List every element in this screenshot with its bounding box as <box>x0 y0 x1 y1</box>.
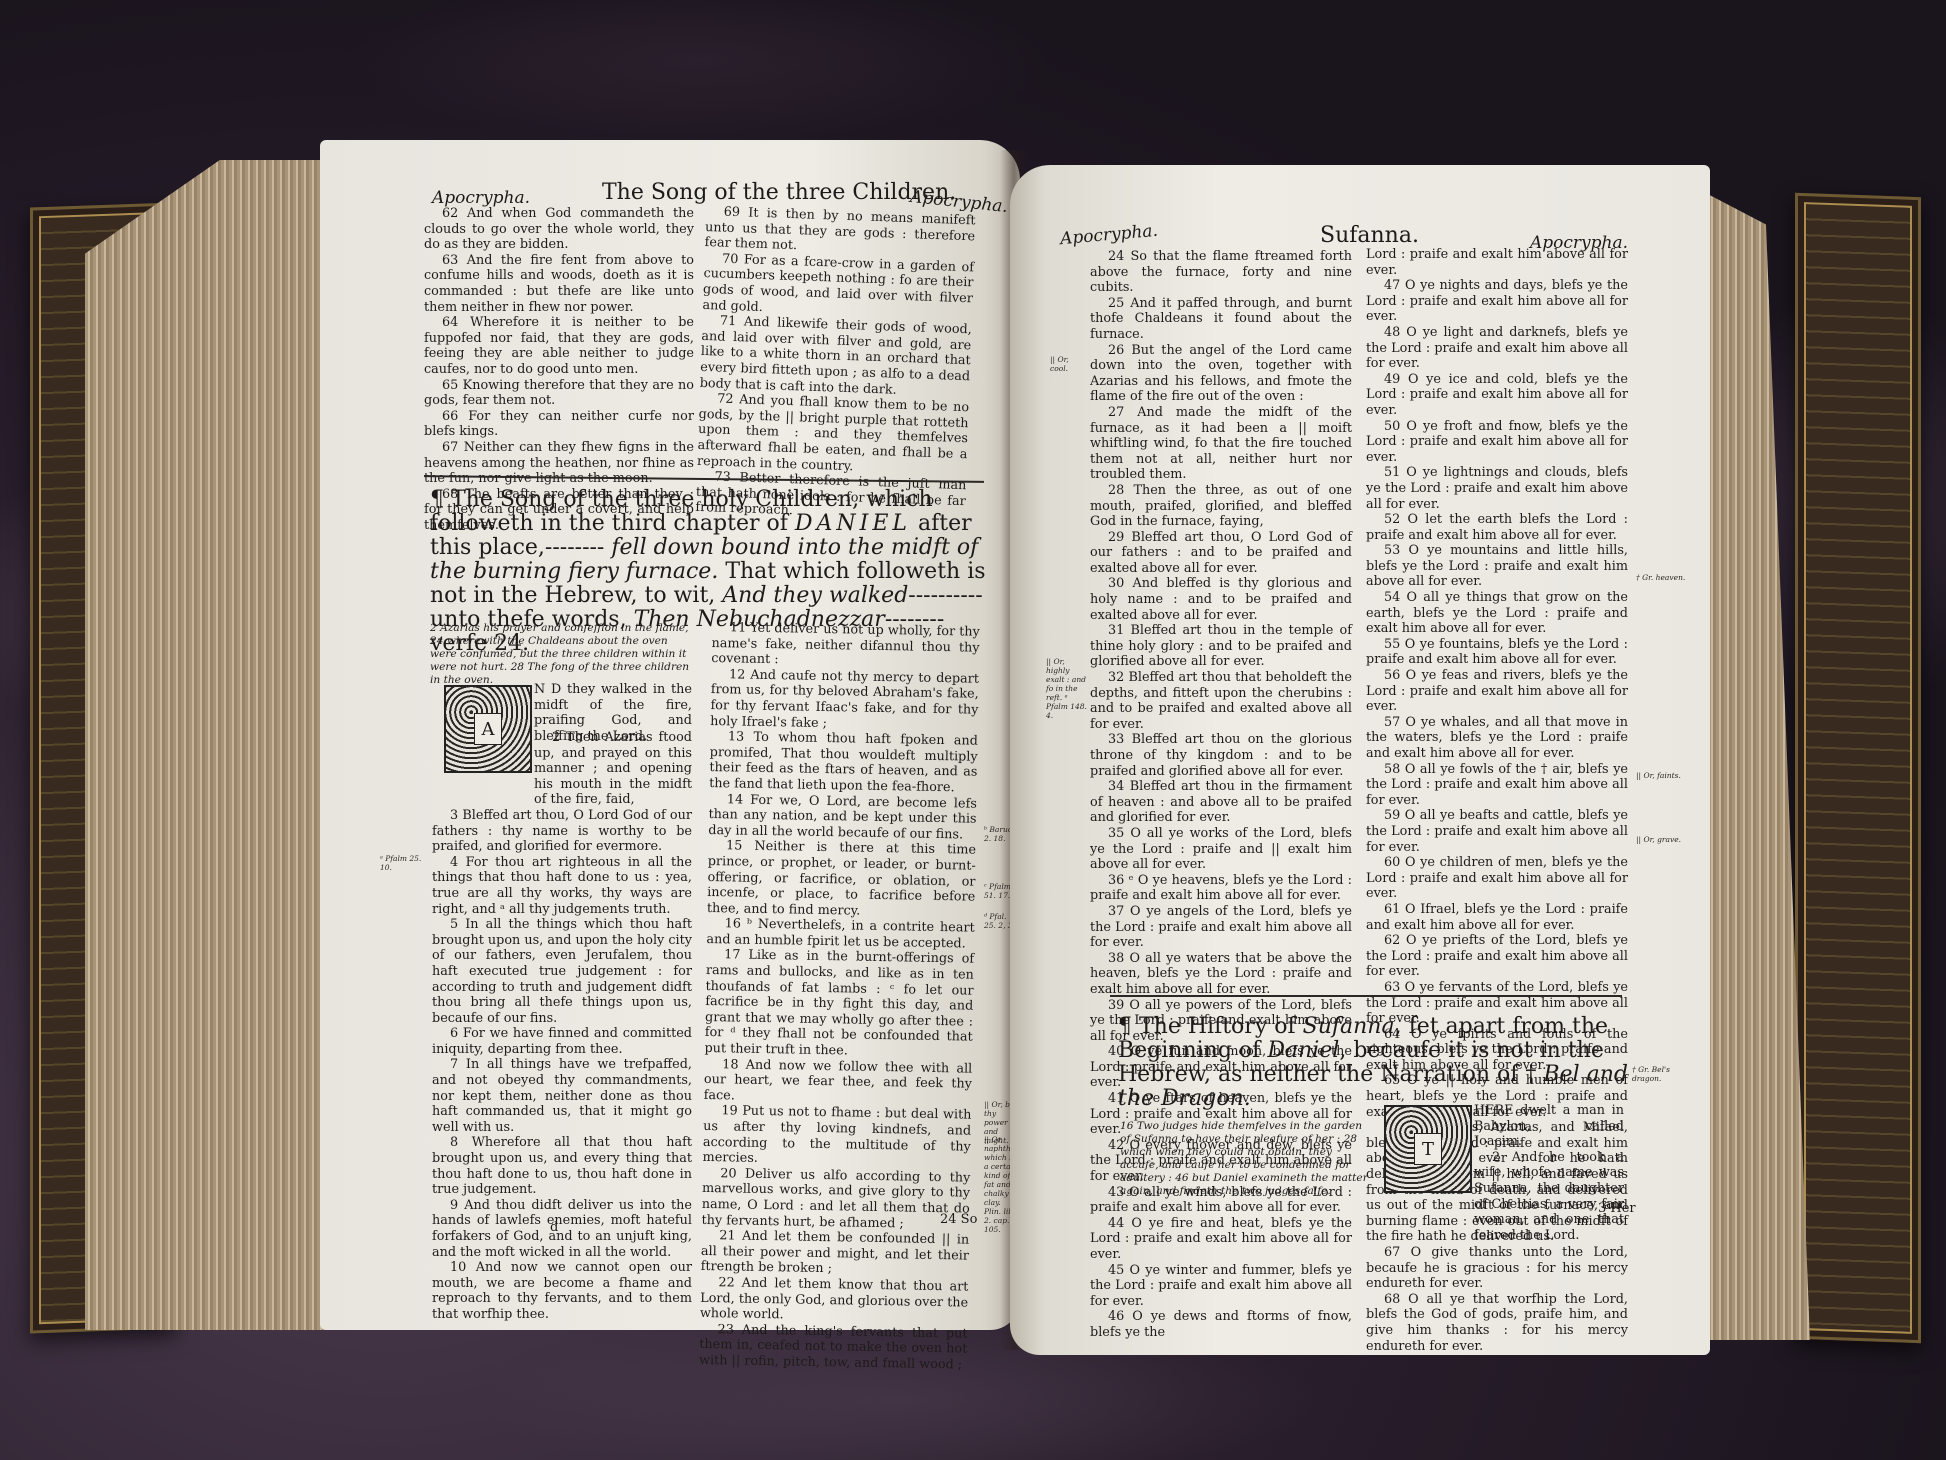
verse: 72 And you fhall know them to be no gods… <box>697 391 970 478</box>
verse: 38 O all ye waters that be above the hea… <box>1090 951 1352 998</box>
verse: 61 O Ifrael, blefs ye the Lord : praife … <box>1366 902 1628 933</box>
running-head-left: Apocrypha. <box>1059 221 1158 249</box>
bottom-column-2: 11 Yet deliver us not up wholly, for thy… <box>699 620 980 1373</box>
verse: 25 And it paffed through, and burnt thof… <box>1090 296 1352 343</box>
verse: 26 But the angel of the Lord came down i… <box>1090 343 1352 405</box>
margin-note: || Or, grave. <box>1636 835 1686 844</box>
verse: 20 Deliver us alfo according to thy marv… <box>701 1166 970 1233</box>
margin-note: || Or, cool. <box>1050 355 1086 373</box>
heading-italic: Daniel <box>1267 1038 1339 1063</box>
initial-letter: T <box>1414 1133 1442 1165</box>
verse: 2 And he took a wife, whofe name was Suf… <box>1474 1150 1624 1244</box>
verse: 3 Bleffed art thou, O Lord God of our fa… <box>432 808 692 855</box>
verse: 11 Yet deliver us not up wholly, for thy… <box>711 620 980 671</box>
margin-note: † Gr. Bel's dragon. <box>1632 1065 1682 1083</box>
verse: 18 And now we follow thee with all our h… <box>704 1057 973 1108</box>
catchword: 24 So <box>940 1212 977 1227</box>
verse: 12 And caufe not thy mercy to depart fro… <box>710 667 979 734</box>
verse: 66 For they can neither curfe nor blefs … <box>424 409 694 440</box>
verse: 65 Knowing therefore that they are no go… <box>424 378 694 409</box>
verse: 28 Then the three, as out of one mouth, … <box>1090 483 1352 530</box>
verse: 30 And bleffed is thy glorious and holy … <box>1090 576 1352 623</box>
verse: 46 O ye dews and ftorms of fnow, blefs y… <box>1090 1309 1352 1340</box>
verse: 64 Wherefore it is neither to be fuppofe… <box>424 315 694 377</box>
verse: 24 So that the flame ftreamed forth abov… <box>1090 249 1352 296</box>
signature-mark: d <box>550 1220 558 1235</box>
verse: 7 In all things have we trefpaffed, and … <box>432 1057 692 1135</box>
verse: 44 O ye fire and heat, blefs ye the Lord… <box>1090 1216 1352 1263</box>
heading-italic: Sufanna <box>1303 1014 1395 1039</box>
top-column-2: 69 It is then by no means manifeft unto … <box>695 204 976 525</box>
verse: 47 O ye nights and days, blefs ye the Lo… <box>1366 278 1628 325</box>
verse: 49 O ye ice and cold, blefs ye the Lord … <box>1366 372 1628 419</box>
section-rule <box>1110 995 1622 997</box>
verse: 57 O ye whales, and all that move in the… <box>1366 715 1628 762</box>
margin-note: || Or, highly exalt : and fo in the reft… <box>1046 657 1088 720</box>
verse: 62 And when God commandeth the clouds to… <box>424 206 694 253</box>
verse: 9 And thou didft deliver us into the han… <box>432 1198 692 1260</box>
verse: 45 O ye winter and fummer, blefs ye the … <box>1090 1263 1352 1310</box>
margin-note: || Or, faints. <box>1636 771 1686 780</box>
chapter-summary: 16 Two judges hide themfelves in the gar… <box>1120 1120 1370 1198</box>
decorative-initial: T <box>1384 1105 1472 1193</box>
verse: 2 Then Azarias ftood up, and prayed on t… <box>534 730 692 808</box>
gilt-border <box>1804 202 1912 1334</box>
margin-note: † Gr. heaven. <box>1636 573 1686 582</box>
verse: 22 And let them know that thou art Lord,… <box>700 1275 969 1326</box>
top-column-1: 62 And when God commandeth the clouds to… <box>424 206 694 533</box>
verse: 35 O all ye works of the Lord, blefs ye … <box>1090 826 1352 873</box>
verse: 50 O ye froft and fnow, blefs ye the Lor… <box>1366 419 1628 466</box>
verse: 62 O ye priefts of the Lord, blefs ye th… <box>1366 933 1628 980</box>
running-head-left: Apocrypha. <box>432 188 530 208</box>
verse: 58 O all ye fowls of the † air, blefs ye… <box>1366 762 1628 809</box>
verse: 17 Like as in the burnt-offerings of ram… <box>704 947 974 1061</box>
verse: 55 O ye fountains, blefs ye the Lord : p… <box>1366 637 1628 668</box>
heading-text: ¶ The Hiftory of <box>1118 1014 1303 1039</box>
verse: 8 Wherefore all that thou haft brought u… <box>432 1135 692 1197</box>
book-cover-right <box>1795 193 1921 1343</box>
page-edges-left <box>85 160 330 1330</box>
verse: 23 And the king's fervants that put them… <box>699 1322 968 1373</box>
page-title: The Song of the three Children. <box>602 180 956 205</box>
right-page: Apocrypha. Sufanna. Apocrypha. 24 So tha… <box>1010 165 1710 1355</box>
verse: 71 And likewife their gods of wood, and … <box>699 313 972 400</box>
susanna-opening: HERE dwelt a man in Babylon, called Joac… <box>1474 1103 1624 1243</box>
bottom-column-1: 2 Then Azarias ftood up, and prayed on t… <box>432 730 692 1323</box>
verse: 16 ᵇ Neverthelefs, in a contrite heart a… <box>706 916 975 952</box>
verse: 21 And let them be confounded || in all … <box>701 1228 970 1279</box>
verse: 70 For as a fcare-crow in a garden of cu… <box>702 251 974 323</box>
verse: Lord : praife and exalt him above all fo… <box>1366 247 1628 278</box>
verse: 6 For we have finned and committed iniqu… <box>432 1026 692 1057</box>
heading-italic: And they walked <box>722 583 908 608</box>
catchword: 3 Her <box>1598 1201 1636 1216</box>
verse: 19 Put us not to fhame : but deal with u… <box>702 1103 971 1170</box>
verse: 31 Bleffed art thou in the temple of thi… <box>1090 623 1352 670</box>
verse: 34 Bleffed art thou in the firmament of … <box>1090 779 1352 826</box>
verse: 54 O all ye things that grow on the eart… <box>1366 590 1628 637</box>
verse: 56 O ye feas and rivers, blefs ye the Lo… <box>1366 668 1628 715</box>
verse: 63 And the fire fent from above to confu… <box>424 253 694 315</box>
verse: 33 Bleffed art thou on the glorious thro… <box>1090 732 1352 779</box>
verse: 67 O give thanks unto the Lord, becaufe … <box>1366 1245 1628 1292</box>
page-title: Sufanna. <box>1320 223 1419 248</box>
section-heading: ¶ The Hiftory of Sufanna, fet apart from… <box>1118 1015 1628 1111</box>
verse: 51 O ye lightnings and clouds, blefs ye … <box>1366 465 1628 512</box>
verse: 53 O ye mountains and little hills, blef… <box>1366 543 1628 590</box>
verse: 67 Neither can they fhew figns in the he… <box>424 440 694 487</box>
verse: 48 O ye light and darknefs, blefs ye the… <box>1366 325 1628 372</box>
verse: 5 In all the things which thou haft brou… <box>432 917 692 1026</box>
verse: 59 O all ye beafts and cattle, blefs ye … <box>1366 808 1628 855</box>
verse: 27 And made the midft of the furnace, as… <box>1090 405 1352 483</box>
verse: 68 O all ye that worfhip the Lord, blefs… <box>1366 1292 1628 1354</box>
verse: 10 And now we cannot open our mouth, we … <box>432 1260 692 1322</box>
verse: 13 To whom thou haft fpoken and promifed… <box>709 729 978 796</box>
margin-note: ᵃ Pfalm 25. 10. <box>380 854 430 872</box>
heading-daniel: DANIEL <box>795 511 911 536</box>
verse: 14 For we, O Lord, are become lefs than … <box>708 792 977 843</box>
verse: 37 O ye angels of the Lord, blefs ye the… <box>1090 904 1352 951</box>
verse: 29 Bleffed art thou, O Lord God of our f… <box>1090 530 1352 577</box>
verse: 32 Bleffed art thou that beholdeft the d… <box>1090 670 1352 732</box>
verse: 60 O ye children of men, blefs ye the Lo… <box>1366 855 1628 902</box>
verse: 15 Neither is there at this time prince,… <box>707 838 976 921</box>
verse: 52 O let the earth blefs the Lord : prai… <box>1366 512 1628 543</box>
chapter-summary: 2 Azarias his prayer and confeffion in t… <box>430 622 692 687</box>
left-page: Apocrypha. The Song of the three Childre… <box>320 140 1020 1330</box>
verse: 36 ᵉ O ye heavens, blefs ye the Lord : p… <box>1090 873 1352 904</box>
verse: 4 For thou art righteous in all the thin… <box>432 855 692 917</box>
verse: HERE dwelt a man in Babylon, called Joac… <box>1474 1103 1624 1150</box>
